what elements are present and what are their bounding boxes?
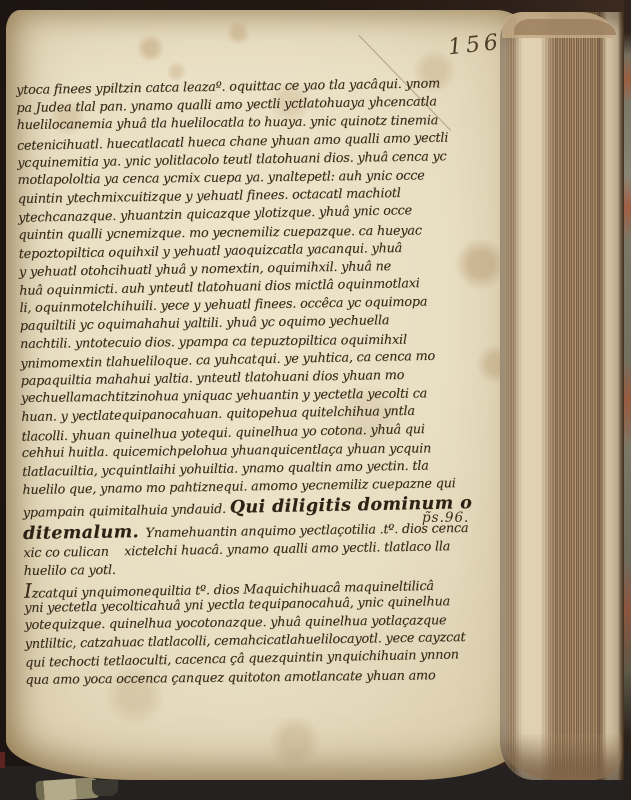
ribbon-marker (35, 777, 100, 800)
manuscript-text: ytoca finees ypiltzin catca leazaº. oqui… (16, 75, 486, 691)
manuscript-page: 156. ytoca finees ypiltzin catca leazaº.… (6, 10, 522, 780)
page-stack-top-curve-inner (514, 19, 616, 35)
manuscript-book-photo: 156. ytoca finees ypiltzin catca leazaº.… (0, 0, 631, 800)
quote-prefix: ypampain quimitalhuia yndauid. (23, 502, 230, 521)
latin-quote-text: ditemalum. (23, 522, 146, 544)
ribbon-marker-stub (92, 780, 118, 796)
book-cover-edge (624, 0, 631, 800)
page-stack-bottom-curve (500, 734, 622, 780)
psalm-reference-note: p̃s.96. (422, 510, 469, 526)
cover-red-speck (0, 752, 5, 768)
book-fore-edge (500, 12, 625, 780)
